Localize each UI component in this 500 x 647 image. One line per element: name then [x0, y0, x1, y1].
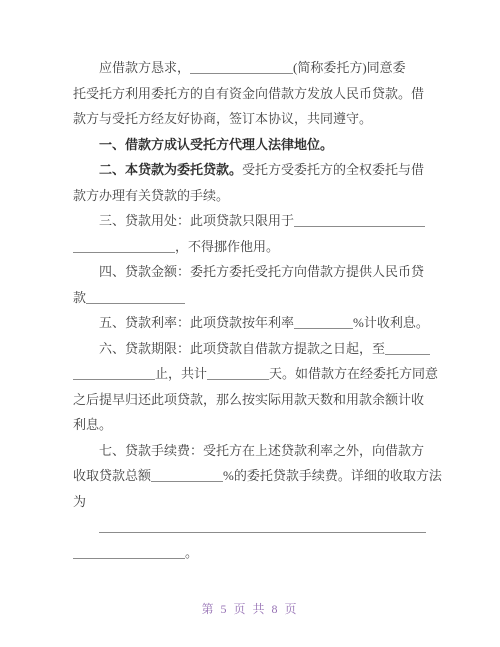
text-segment: (简称委托方)同意委 — [293, 60, 406, 75]
heading-text-segment: 二、本贷款为委托贷款。 — [99, 162, 242, 177]
text-line: 三、贷款用处：此项贷款只限用于 — [73, 208, 429, 234]
blank-fill-in-field — [151, 469, 223, 482]
blank-fill-in-field — [294, 214, 425, 227]
text-segment: 为 — [73, 494, 86, 509]
text-line: 利息。 — [73, 412, 429, 438]
blank-fill-in-field — [385, 342, 430, 355]
text-segment: 款方办理有关贷款的手续。 — [73, 188, 229, 203]
page-footer: 第 5 页 共 8 页 — [0, 600, 500, 617]
text-segment: 五、贷款利率：此项贷款按年利率 — [99, 315, 294, 330]
text-segment: ，不得挪作他用。 — [175, 239, 279, 254]
text-line: 一、借款方成认受托方代理人法律地位。 — [73, 132, 429, 158]
heading-text-segment: 一、借款方成认受托方代理人法律地位。 — [99, 137, 333, 152]
text-segment: 利息。 — [73, 417, 112, 432]
text-segment: %计收利息。 — [353, 315, 429, 330]
blank-fill-in-field — [294, 316, 353, 329]
text-segment: 止，共计 — [155, 366, 207, 381]
text-segment: 应借款方恳求， — [99, 60, 190, 75]
blank-fill-in-field — [86, 291, 185, 304]
text-line: 六、贷款期限：此项贷款自借款方提款之日起，至 — [73, 336, 429, 362]
text-line: 二、本贷款为委托贷款。受托方受委托方的全权委托与借 — [73, 157, 429, 183]
text-line: 七、贷款手续费：受托方在上述贷款利率之外，向借款方 — [73, 438, 429, 464]
text-segment: 。 — [185, 545, 198, 560]
text-segment: 款 — [73, 290, 86, 305]
text-line: 为 — [73, 489, 429, 515]
document-body: 应借款方恳求，(简称委托方)同意委托受托方利用委托方的自有资金向借款方发放人民币… — [73, 55, 429, 565]
blank-fill-in-field — [99, 520, 426, 533]
text-line: 。 — [73, 540, 429, 566]
text-segment: 四、贷款金额：委托方委托受托方向借款方提供人民币贷 — [99, 264, 424, 279]
text-segment: %的委托贷款手续费。详细的收取方法 — [223, 468, 442, 483]
text-segment: 六、贷款期限：此项贷款自借款方提款之日起，至 — [99, 341, 385, 356]
text-line: 款 — [73, 285, 429, 311]
blank-fill-in-field — [73, 367, 155, 380]
text-segment: 七、贷款手续费：受托方在上述贷款利率之外，向借款方 — [99, 443, 424, 458]
blank-fill-in-field — [73, 546, 185, 559]
text-line: 托受托方利用委托方的自有资金向借款方发放人民币贷款。借 — [73, 81, 429, 107]
text-line — [73, 514, 429, 540]
blank-fill-in-field — [190, 61, 293, 74]
text-segment: 三、贷款用处：此项贷款只限用于 — [99, 213, 294, 228]
text-segment: 天。如借款方在经委托方同意 — [269, 366, 438, 381]
blank-fill-in-field — [73, 240, 175, 253]
page-number-text: 第 5 页 共 8 页 — [201, 602, 298, 616]
text-line: 之后提早归还此项贷款，那么按实际用款天数和用款余额计收 — [73, 387, 429, 413]
document-page: 应借款方恳求，(简称委托方)同意委托受托方利用委托方的自有资金向借款方发放人民币… — [0, 0, 500, 647]
text-line: 五、贷款利率：此项贷款按年利率%计收利息。 — [73, 310, 429, 336]
text-segment: 托受托方利用委托方的自有资金向借款方发放人民币贷款。借 — [73, 86, 424, 101]
text-line: 四、贷款金额：委托方委托受托方向借款方提供人民币贷 — [73, 259, 429, 285]
text-segment: 之后提早归还此项贷款，那么按实际用款天数和用款余额计收 — [73, 392, 424, 407]
text-line: 款方与受托方经友好协商，签订本协议，共同遵守。 — [73, 106, 429, 132]
text-line: 止，共计天。如借款方在经委托方同意 — [73, 361, 429, 387]
blank-fill-in-field — [207, 367, 269, 380]
text-line: ，不得挪作他用。 — [73, 234, 429, 260]
text-line: 收取贷款总额%的委托贷款手续费。详细的收取方法 — [73, 463, 429, 489]
text-segment: 收取贷款总额 — [73, 468, 151, 483]
text-segment: 款方与受托方经友好协商，签订本协议，共同遵守。 — [73, 111, 372, 126]
text-segment: 受托方受委托方的全权委托与借 — [242, 162, 424, 177]
text-line: 应借款方恳求，(简称委托方)同意委 — [73, 55, 429, 81]
text-line: 款方办理有关贷款的手续。 — [73, 183, 429, 209]
